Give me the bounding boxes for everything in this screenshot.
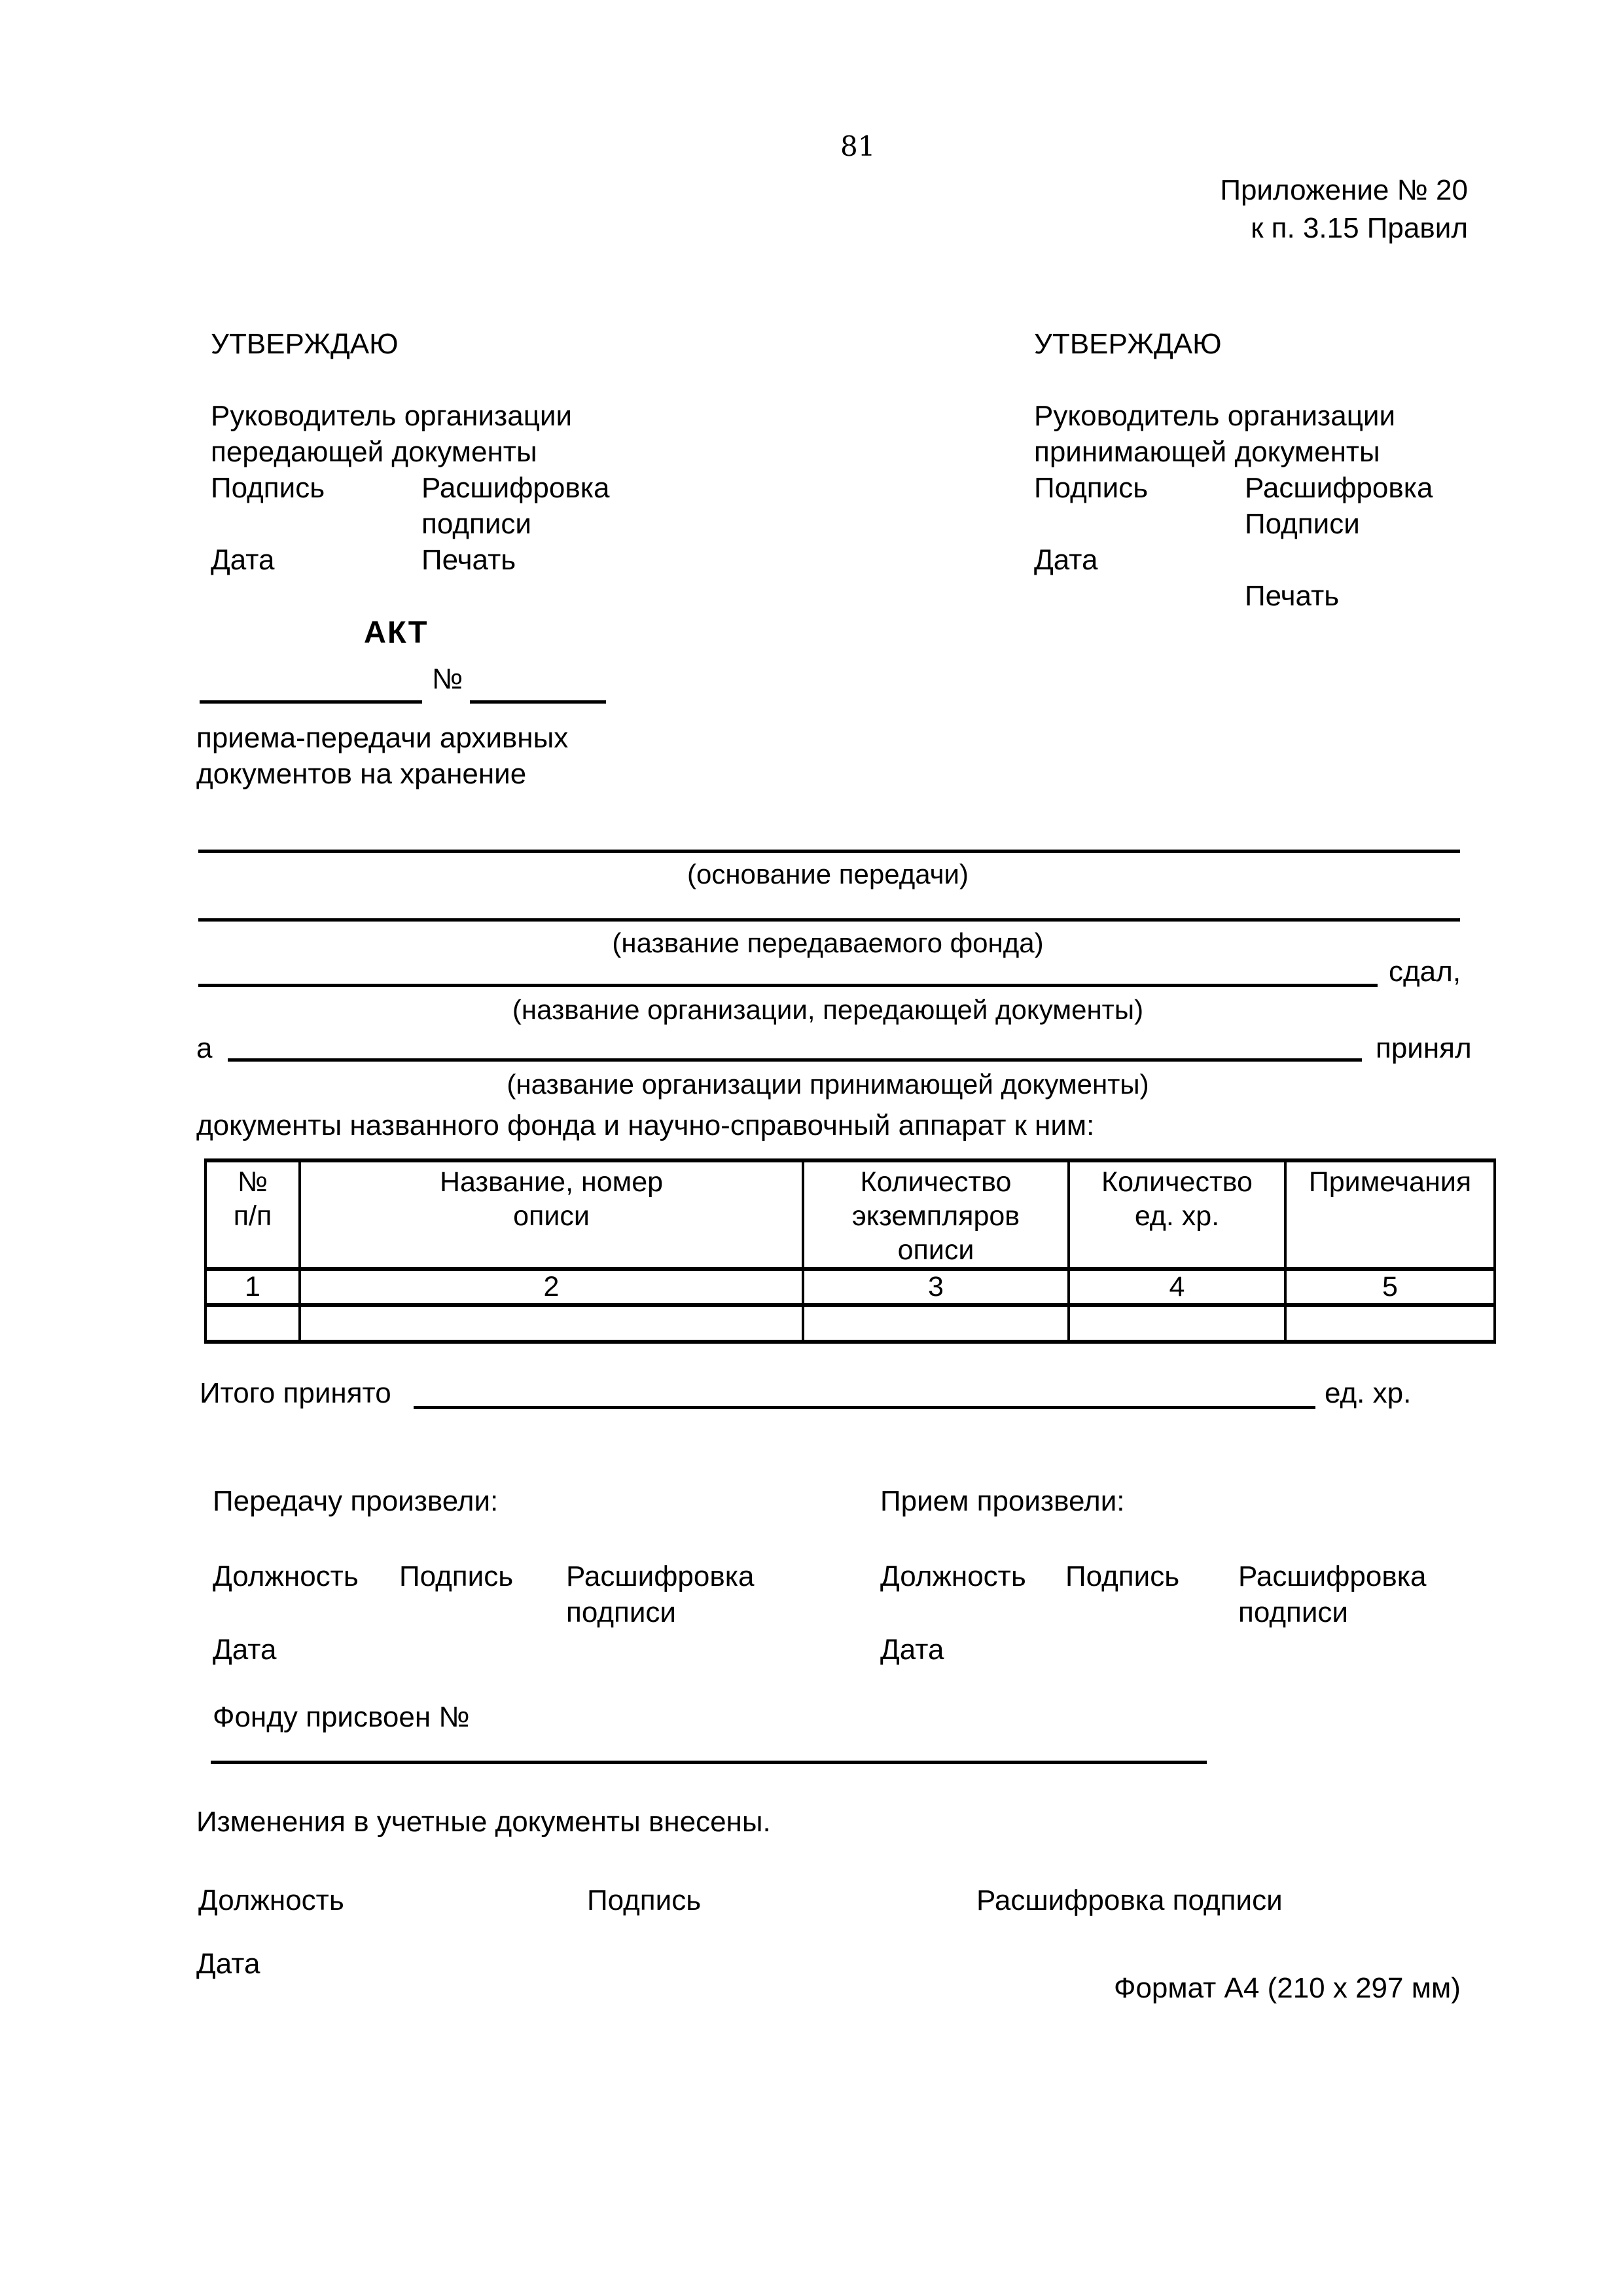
receiving-org-fill-line xyxy=(228,1058,1362,1062)
table-header-notes: Примечания xyxy=(1285,1160,1495,1269)
fund-assigned-fill-line xyxy=(211,1761,1207,1764)
transfer-position-label: Должность xyxy=(213,1560,359,1594)
accept-title: Прием произвели: xyxy=(880,1484,1125,1518)
transfer-title: Передачу произвели: xyxy=(213,1484,498,1518)
table-number-cell: 5 xyxy=(1285,1269,1495,1305)
act-number-line-right xyxy=(470,700,606,704)
transfer-transcript-line2: подписи xyxy=(566,1596,676,1630)
totals-label: Итого принято xyxy=(200,1376,391,1410)
table-empty-cell xyxy=(803,1305,1069,1342)
act-subtitle-line1: приема-передачи архивных xyxy=(196,721,568,755)
fund-name-caption: (название передаваемого фонда) xyxy=(196,927,1459,959)
seal-label: Печать xyxy=(421,542,516,578)
date-label: Дата xyxy=(1034,542,1097,578)
table-number-row: 1 2 3 4 5 xyxy=(205,1269,1495,1305)
accept-transcript-line2: подписи xyxy=(1238,1596,1348,1630)
transfer-signature-label: Подпись xyxy=(399,1560,513,1594)
table-number-cell: 4 xyxy=(1069,1269,1285,1305)
format-note: Формат А4 (210 х 297 мм) xyxy=(1114,1971,1461,2005)
approve-role-line2: принимающей документы xyxy=(1034,434,1623,470)
act-title: АКТ xyxy=(364,614,429,650)
spacer xyxy=(211,362,832,398)
table-header-copies: Количество экземпляров описи xyxy=(803,1160,1069,1269)
table-header-name: Название, номер описи xyxy=(300,1160,803,1269)
table-empty-cell xyxy=(205,1305,300,1342)
approve-role-line1: Руководитель организации xyxy=(211,398,832,434)
document-page: 81 Приложение № 20 к п. 3.15 Правил УТВЕ… xyxy=(0,0,1623,2296)
bottom-transcript-label: Расшифровка подписи xyxy=(976,1884,1283,1918)
basis-fill-line xyxy=(198,850,1460,853)
appendix-note: Приложение № 20 к п. 3.15 Правил xyxy=(1220,171,1468,247)
bottom-position-label: Должность xyxy=(198,1884,344,1918)
signature-label: Подпись xyxy=(211,470,325,506)
seal-label: Печать xyxy=(1245,578,1339,614)
totals-fill-line xyxy=(414,1406,1315,1409)
approve-block-left: УТВЕРЖДАЮ Руководитель организации перед… xyxy=(211,326,832,578)
documents-intro: документы названного фонда и научно-спра… xyxy=(196,1109,1094,1143)
approve-role-line2: передающей документы xyxy=(211,434,832,470)
accept-date-label: Дата xyxy=(880,1633,944,1667)
table-header-num: № п/п xyxy=(205,1160,300,1269)
transfer-transcript-line1: Расшифровка xyxy=(566,1560,754,1594)
sdal-label: сдал, xyxy=(1389,955,1461,989)
transcript-label-line2: подписи xyxy=(421,506,531,542)
bottom-signature-label: Подпись xyxy=(587,1884,701,1918)
accept-position-label: Должность xyxy=(880,1560,1026,1594)
appendix-line1: Приложение № 20 xyxy=(1220,171,1468,209)
fund-assigned-label: Фонду присвоен № xyxy=(213,1700,470,1734)
sending-org-caption: (название организации, передающей докуме… xyxy=(196,994,1459,1026)
date-label: Дата xyxy=(211,542,274,578)
transcript-label-line2: Подписи xyxy=(1245,506,1360,542)
spacer xyxy=(1034,362,1623,398)
transcript-label-line1: Расшифровка xyxy=(1245,470,1433,506)
approve-title: УТВЕРЖДАЮ xyxy=(211,326,832,362)
fund-name-fill-line xyxy=(198,918,1460,922)
act-number-sign: № xyxy=(432,663,463,696)
approve-block-right: УТВЕРЖДАЮ Руководитель организации прини… xyxy=(1034,326,1623,614)
handover-a-label: а xyxy=(196,1031,212,1066)
inventory-table: № п/п Название, номер описи Количество э… xyxy=(204,1158,1496,1344)
approve-title: УТВЕРЖДАЮ xyxy=(1034,326,1623,362)
transfer-date-label: Дата xyxy=(213,1633,276,1667)
table-empty-cell xyxy=(300,1305,803,1342)
accept-signature-label: Подпись xyxy=(1065,1560,1179,1594)
receiving-org-caption: (название организации принимающей докуме… xyxy=(196,1069,1459,1100)
totals-unit: ед. хр. xyxy=(1325,1376,1411,1410)
table-empty-cell xyxy=(1285,1305,1495,1342)
table-empty-row xyxy=(205,1305,1495,1342)
sending-org-fill-line xyxy=(198,984,1378,987)
act-subtitle-line2: документов на хранение xyxy=(196,757,526,791)
page-number: 81 xyxy=(840,130,875,164)
prinyal-label: принял xyxy=(1376,1031,1472,1066)
table-empty-cell xyxy=(1069,1305,1285,1342)
appendix-line2: к п. 3.15 Правил xyxy=(1220,209,1468,247)
table-number-cell: 1 xyxy=(205,1269,300,1305)
basis-caption: (основание передачи) xyxy=(196,859,1459,890)
act-number-line-left xyxy=(200,700,422,704)
transcript-label-line1: Расшифровка xyxy=(421,470,609,506)
bottom-date-label: Дата xyxy=(196,1947,260,1981)
table-number-cell: 3 xyxy=(803,1269,1069,1305)
table-header-row: № п/п Название, номер описи Количество э… xyxy=(205,1160,1495,1269)
changes-note: Изменения в учетные документы внесены. xyxy=(196,1805,771,1839)
signature-label: Подпись xyxy=(1034,470,1148,506)
table-number-cell: 2 xyxy=(300,1269,803,1305)
table-header-units: Количество ед. хр. xyxy=(1069,1160,1285,1269)
accept-transcript-line1: Расшифровка xyxy=(1238,1560,1426,1594)
approve-role-line1: Руководитель организации xyxy=(1034,398,1623,434)
